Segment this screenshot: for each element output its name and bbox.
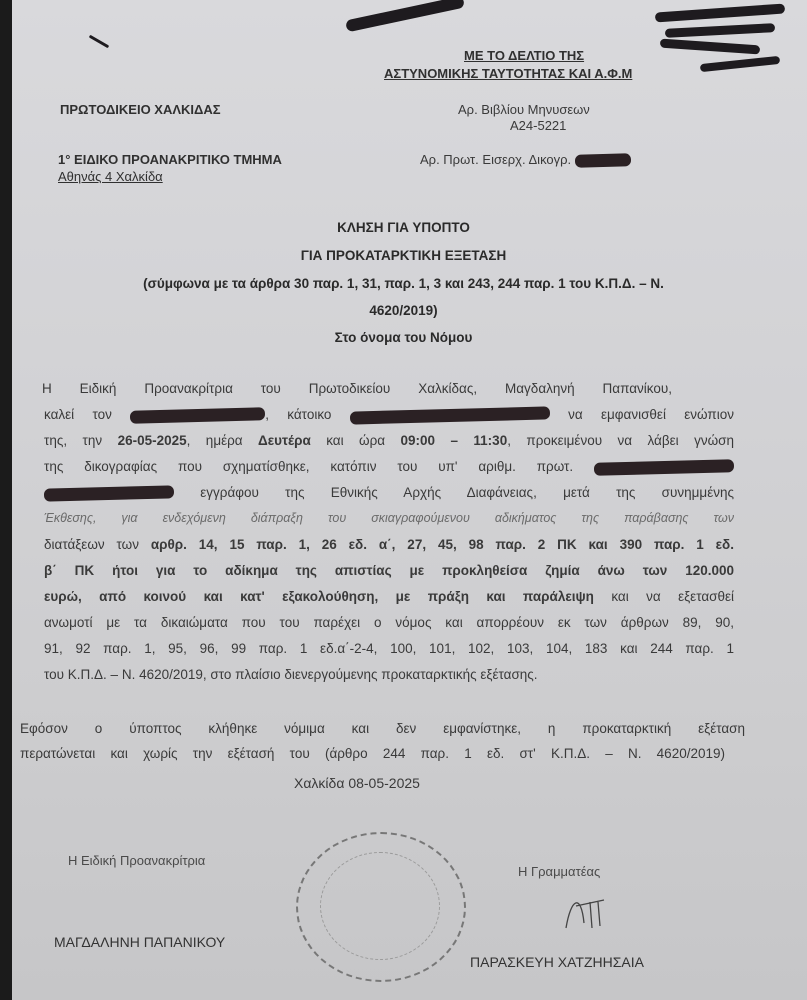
redaction [575,153,631,167]
court-name: ΠΡΩΤΟΔΙΚΕΙΟ ΧΑΛΚΙΔΑΣ [60,102,221,117]
title-line5: Στο όνομα του Νόμου [0,330,807,345]
redaction-name [130,407,265,424]
body-text: εγγράφου της Εθνικής Αρχής Διαφάνειας, μ… [200,485,734,500]
protocol-label: Αρ. Πρωτ. Εισερχ. Δικογρ. [420,152,631,167]
body-line-12: του Κ.Π.Δ. – Ν. 4620/2019, στο πλαίσιο δ… [44,667,734,682]
body-line-14: περατώνεται και χωρίς την εξέτασή του (ά… [20,746,725,761]
legal-articles: αρθρ. 14, 15 παρ. 1, 26 εδ. α΄, 27, 45, … [151,537,734,552]
left-signatory-role: Η Ειδική Προανακρίτρια [68,853,205,868]
title-line4: 4620/2019) [0,303,807,318]
stamp-inner-ring [320,852,440,960]
body-line-10: ανωμοτί με τα δικαιώματα που του παρέχει… [44,615,734,630]
body-line-1: Η Ειδική Προανακρίτρια του Πρωτοδικείου … [42,381,672,396]
body-text: της, την [44,433,102,448]
delivery-note-line2: ΑΣΤΥΝΟΜΙΚΗΣ ΤΑΥΤΟΤΗΤΑΣ ΚΑΙ Α.Φ.Μ [384,66,632,81]
right-signatory-role: Η Γραμματέας [518,864,600,879]
redaction-address [350,406,550,424]
body-line-11: 91, 92 παρ. 1, 95, 96, 99 παρ. 1 εδ.α΄-2… [44,641,734,656]
body-text: και να εξετασθεί [611,589,734,604]
book-label: Αρ. Βιβλίου Μηνυσεων [458,102,590,117]
body-text: να εμφανισθεί ενώπιον [568,407,734,422]
appointment-day: Δευτέρα [258,433,311,448]
right-signatory-name: ΠΑΡΑΣΚΕΥΗ ΧΑΤΖΗΗΣΑΙΑ [470,954,644,970]
body-line-2: καλεί τον , κάτοικο να εμφανισθεί ενώπιο… [44,407,734,422]
title-line2: ΓΙΑ ΠΡΟΚΑΤΑΡΚΤΙΚΗ ΕΞΕΤΑΣΗ [0,248,807,263]
body-text: διατάξεων των [44,537,139,552]
body-text-bold: ευρώ, από κοινού και κατ' εξακολούθηση, … [44,589,594,604]
body-text: της δικογραφίας που σχηματίσθηκε, κατόπι… [44,459,573,474]
body-line-3: της, την 26-05-2025, ημέρα Δευτέρα και ώ… [44,433,734,448]
body-line-5: εγγράφου της Εθνικής Αρχής Διαφάνειας, μ… [44,485,734,500]
body-line-13: Εφόσον ο ύποπτος κλήθηκε νόμιμα και δεν … [20,721,745,736]
delivery-note-line1: ΜΕ ΤΟ ΔΕΛΤΙΟ ΤΗΣ [464,48,584,63]
redaction-protocol [594,459,734,476]
body-text: , προκειμένου να λάβει γνώση [507,433,734,448]
appointment-date: 26-05-2025 [118,433,187,448]
book-number: Α24-5221 [510,118,566,133]
redaction-protocol [44,485,174,501]
body-line-6: Έκθεσης, για ενδεχόμενη διάπραξη του σκι… [44,511,734,525]
body-line-4: της δικογραφίας που σχηματίσθηκε, κατόπι… [44,459,734,474]
left-signatory-name: ΜΑΓΔΑΛΗΝΗ ΠΑΠΑΝΙΚΟΥ [54,934,225,950]
body-text: , κάτοικο [265,407,331,422]
title-line3: (σύμφωνα με τα άρθρα 30 παρ. 1, 31, παρ.… [0,276,807,291]
body-text: και ώρα [326,433,385,448]
signature-scribble [556,888,616,938]
department-name: 1° ΕΙΔΙΚΟ ΠΡΟΑΝΑΚΡΙΤΙΚΟ ΤΜΗΜΑ [58,152,282,167]
place-date: Χαλκίδα 08-05-2025 [294,775,420,791]
body-line-7: διατάξεων των αρθρ. 14, 15 παρ. 1, 26 εδ… [44,537,734,552]
title-line1: ΚΛΗΣΗ ΓΙΑ ΥΠΟΠΤΟ [0,220,807,235]
body-line-8: β΄ ΠΚ ήτοι για το αδίκημα της απιστίας μ… [44,563,734,578]
official-stamp [296,832,466,982]
department-address: Αθηνάς 4 Χαλκίδα [58,169,163,184]
body-line-9: ευρώ, από κοινού και κατ' εξακολούθηση, … [44,589,734,604]
appointment-time: 09:00 – 11:30 [401,433,508,448]
body-text: καλεί τον [44,407,112,422]
protocol-label-text: Αρ. Πρωτ. Εισερχ. Δικογρ. [420,152,571,167]
body-text: , ημέρα [187,433,243,448]
